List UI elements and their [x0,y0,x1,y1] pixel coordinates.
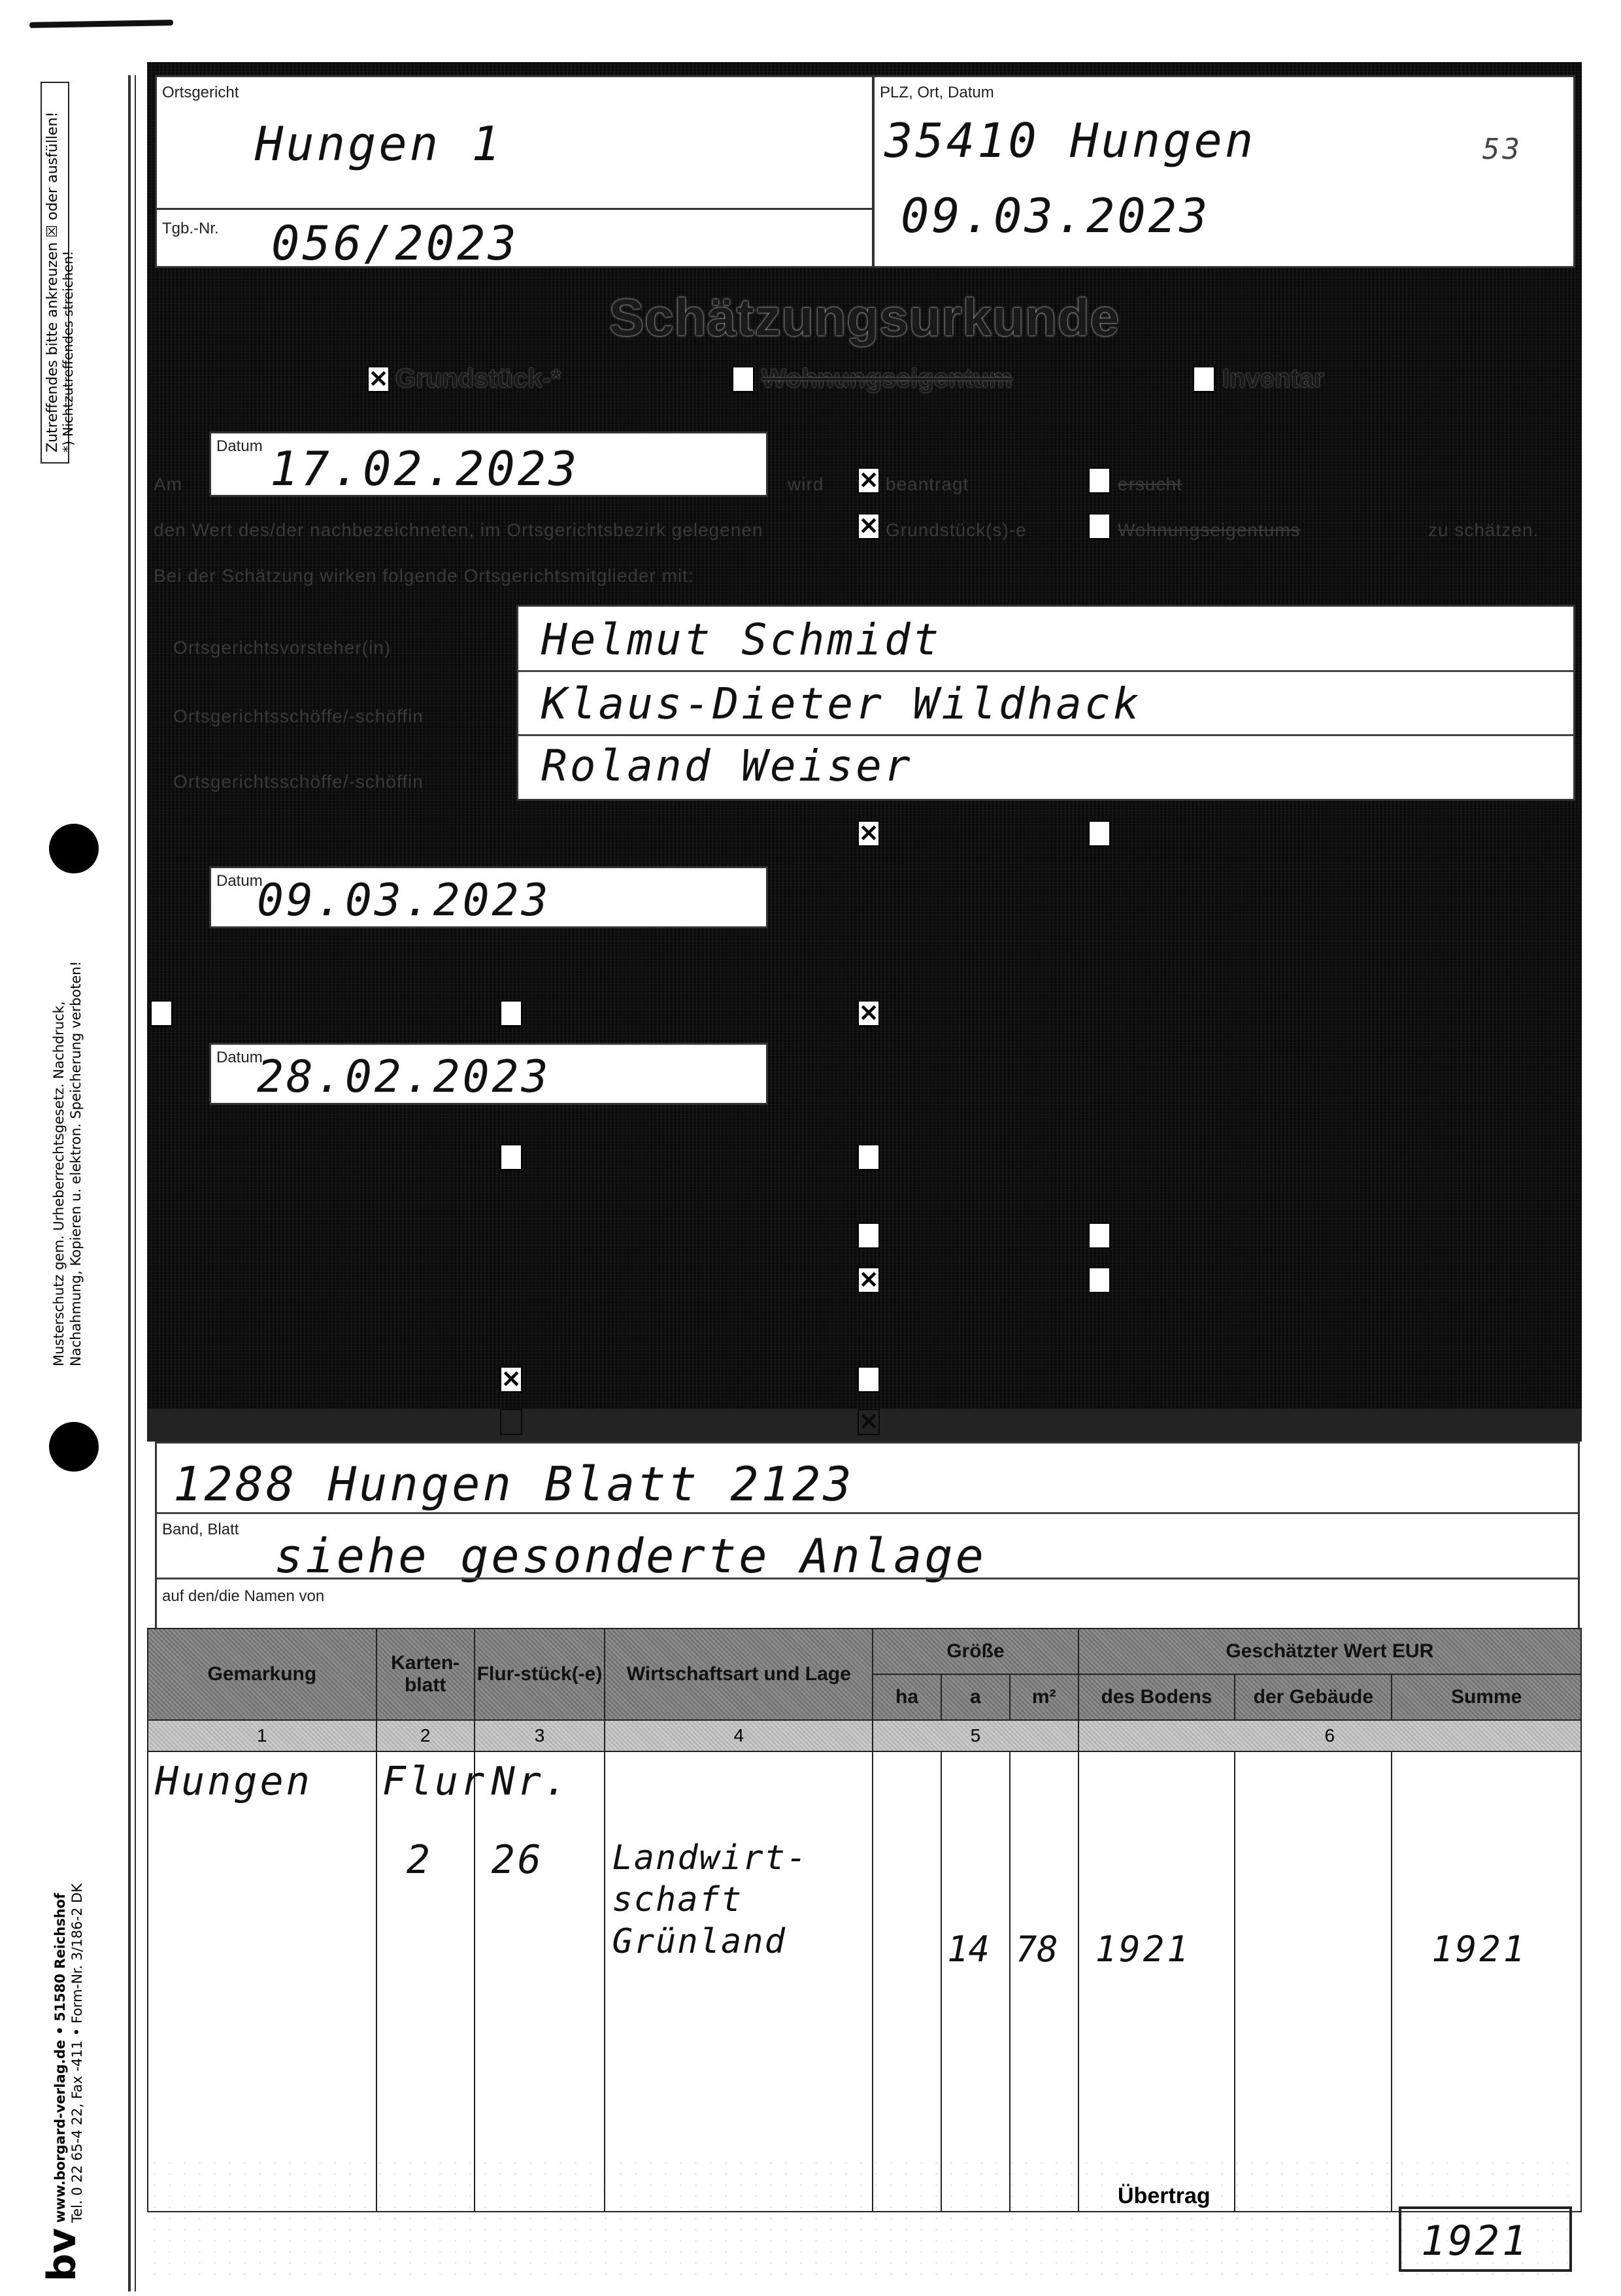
ersucht-label: ersucht [1118,474,1182,495]
instruction-line-2: *) Nichtzutreffendes streichen! [60,251,76,452]
table-row: Hungen Flur 2 Nr. 26 Landwirt-schaft Grü… [148,1751,1581,2212]
grundstuecke-label: Grundstück(s)-e [886,520,1027,541]
inspection-date-2-label: Datum [216,1049,263,1067]
option-wohnungseigentum: Wohnungseigentum [761,364,1012,394]
header-flurstueck: Flur-stück(-e) [475,1629,605,1720]
wohnungseigentums-label: Wohnungseigentums [1118,520,1301,541]
col-number-5: 5 [873,1720,1078,1751]
schaetzungsurkunde-form: Ortsgericht Hungen 1 Tgb.-Nr. 056/2023 P… [147,62,1582,2282]
header-groesse: Größe [873,1629,1078,1674]
beantragt-label: beantragt [886,474,969,495]
checkbox-row-f-2[interactable] [1088,1223,1111,1249]
col-number-2: 2 [376,1720,475,1751]
header-left-box: Ortsgericht Hungen 1 Tgb.-Nr. 056/2023 [155,75,874,268]
band-blatt-field[interactable]: siehe gesonderte Anlage [275,1528,986,1583]
checkbox-beantragt[interactable]: ✕ [858,467,880,494]
checkbox-inventar[interactable] [1193,366,1215,392]
gemarkung-value: Hungen [155,1759,312,1804]
col-number-4: 4 [605,1720,873,1751]
punch-hole-top [49,824,99,873]
tgb-field[interactable]: 056/2023 [271,216,519,271]
member-name-3[interactable]: Roland Weiser [541,741,913,791]
instruction-box: Zutreffendes bitte ankreuzen ☒ oder ausf… [41,82,69,464]
inspection-date-1-field[interactable]: 09.03.2023 [257,875,550,926]
option-grundstueck: Grundstück-* [395,364,561,394]
col-number-6: 6 [1078,1720,1581,1751]
checkbox-grundstueck[interactable]: ✕ [367,366,390,392]
flurstueck-head: Nr. [492,1759,570,1804]
checkbox-row-e-1[interactable] [500,1144,522,1170]
uebertrag-value: 1921 [1421,2217,1529,2265]
cell-wirtschaftsart[interactable]: Landwirt-schaft Grünland [605,1751,873,2212]
checkbox-wohnungseigentums[interactable] [1088,513,1111,539]
a-value: 14 [947,1929,990,1970]
header-kartenblatt: Karten-blatt [376,1629,475,1720]
cell-kartenblatt[interactable]: Flur 2 [376,1751,475,2212]
checkbox-row-e-2[interactable] [858,1144,880,1170]
valuation-table: Gemarkung Karten-blatt Flur-stück(-e) Wi… [147,1628,1582,2212]
kartenblatt-head: Flur [382,1759,488,1804]
cell-m2[interactable]: 78 [1010,1751,1078,2212]
margin-rule [128,75,131,2291]
header-a: a [941,1674,1010,1720]
checkbox-grundstuecke[interactable]: ✕ [858,513,880,539]
checkbox-row-a-right[interactable] [1088,820,1111,847]
namen-label: auf den/die Namen von [162,1587,324,1606]
header-gebaeude: der Gebäude [1235,1674,1392,1720]
punch-hole-bottom [49,1422,99,1472]
checkbox-row-c-2[interactable] [500,1000,522,1026]
request-line-3: Bei der Schätzung wirken folgende Ortsge… [154,566,694,586]
member-role-2: Ortsgerichtsschöffe/-schöffin [173,706,424,727]
cell-ha[interactable] [873,1751,941,2212]
member-role-1: Ortsgerichtsvorsteher(in) [173,637,391,658]
wirtschaftsart-value: Landwirt-schaft Grünland [612,1837,860,1963]
cell-gebaeude[interactable] [1235,1751,1392,2212]
tgb-label: Tgb.-Nr. [162,220,219,238]
header-bodens: des Bodens [1078,1674,1235,1720]
inspection-date-box-2: Datum 28.02.2023 [209,1043,768,1105]
header-m2: m² [1010,1674,1078,1720]
header-right-box: PLZ, Ort, Datum 35410 Hungen 09.03.2023 … [873,75,1575,268]
kartenblatt-value: 2 [407,1837,433,1883]
header-ha: ha [873,1674,941,1720]
copyright-line-2: Nachahmung, Kopieren u. elektron. Speich… [68,961,84,1366]
header-wert: Geschätzter Wert EUR [1078,1629,1581,1674]
header-gemarkung: Gemarkung [148,1629,376,1720]
inspection-date-box-1: Datum 09.03.2023 [209,866,768,928]
bodens-value: 1921 [1095,1929,1191,1970]
cell-summe[interactable]: 1921 [1392,1751,1581,2212]
plz-ort-field[interactable]: 35410 Hungen [884,113,1256,168]
scan-noise [147,2157,1582,2282]
checkbox-row-i-2[interactable] [858,1366,880,1393]
option-inventar: Inventar [1222,364,1324,394]
header-wirtschaftsart: Wirtschaftsart und Lage [605,1629,873,1720]
scan-mark [29,20,173,28]
ortsgericht-label: Ortsgericht [162,84,239,102]
col-number-3: 3 [475,1720,605,1751]
request-date-box: Datum 17.02.2023 [209,431,768,497]
datum-field[interactable]: 09.03.2023 [901,188,1210,243]
checkbox-row-g-2[interactable] [1088,1267,1111,1293]
grundbuch-box: 1288 Hungen Blatt 2123 Band, Blatt siehe… [155,1442,1580,1638]
copyright-line-1: Musterschutz gem. Urheberrechtsgesetz. N… [51,1001,67,1366]
zu-schaetzen-label: zu schätzen. [1428,520,1539,541]
checkbox-ersucht[interactable] [1088,467,1111,494]
m2-value: 78 [1016,1929,1058,1970]
request-line-2: den Wert des/der nachbezeichneten, im Or… [154,520,763,541]
publisher-logo: bv [39,2228,85,2282]
page-mark: 53 [1482,133,1522,166]
cell-gemarkung[interactable]: Hungen [148,1751,376,2212]
member-role-3: Ortsgerichtsschöffe/-schöffin [173,771,424,792]
plz-ort-datum-label: PLZ, Ort, Datum [880,84,994,102]
document-title: Schätzungsurkunde [147,288,1582,348]
grundbuch-field[interactable]: 1288 Hungen Blatt 2123 [173,1457,854,1511]
instruction-line-1: Zutreffendes bitte ankreuzen ☒ oder ausf… [44,112,61,452]
publisher-line-1: www.borgard-verlag.de • 51580 Reichshof [52,1893,68,2223]
checkbox-row-g-1[interactable]: ✕ [858,1267,880,1293]
cell-flurstueck[interactable]: Nr. 26 [475,1751,605,2212]
inspection-date-1-label: Datum [216,872,263,890]
summe-value: 1921 [1431,1929,1527,1970]
request-date-label: Datum [216,437,263,456]
request-date-field[interactable]: 17.02.2023 [270,441,579,496]
publisher-line-2: Tel. 0 22 65-4 22, Fax -411 • Form-Nr. 3… [69,1883,85,2223]
header-summe: Summe [1392,1674,1581,1720]
col-number-1: 1 [148,1720,376,1751]
inspection-date-2-field[interactable]: 28.02.2023 [257,1051,550,1103]
band-blatt-label: Band, Blatt [162,1521,239,1539]
uebertrag-box[interactable]: 1921 [1399,2206,1572,2272]
cell-bodens[interactable]: 1921 [1078,1751,1235,2212]
checkbox-row-c-3[interactable]: ✕ [858,1000,880,1026]
checkbox-row-f-1[interactable] [858,1223,880,1249]
flurstueck-value: 26 [492,1837,544,1883]
checkbox-row-i-1[interactable]: ✕ [500,1366,522,1393]
margin-rule-inner [135,75,136,2291]
am-label: Am [154,474,182,495]
checkbox-wohnungseigentum[interactable] [732,366,754,392]
cell-a[interactable]: 14 [941,1751,1010,2212]
uebertrag-label: Übertrag [1118,2184,1211,2209]
member-name-1[interactable]: Helmut Schmidt [541,615,941,665]
checkbox-row-a-left[interactable]: ✕ [858,820,880,847]
member-name-2[interactable]: Klaus-Dieter Wildhack [541,679,1141,729]
members-box: Helmut Schmidt Klaus-Dieter Wildhack Rol… [516,605,1575,801]
wird-label: wird [788,474,824,495]
ortsgericht-field[interactable]: Hungen 1 [255,116,503,171]
checkbox-row-c-1[interactable] [150,1000,173,1026]
